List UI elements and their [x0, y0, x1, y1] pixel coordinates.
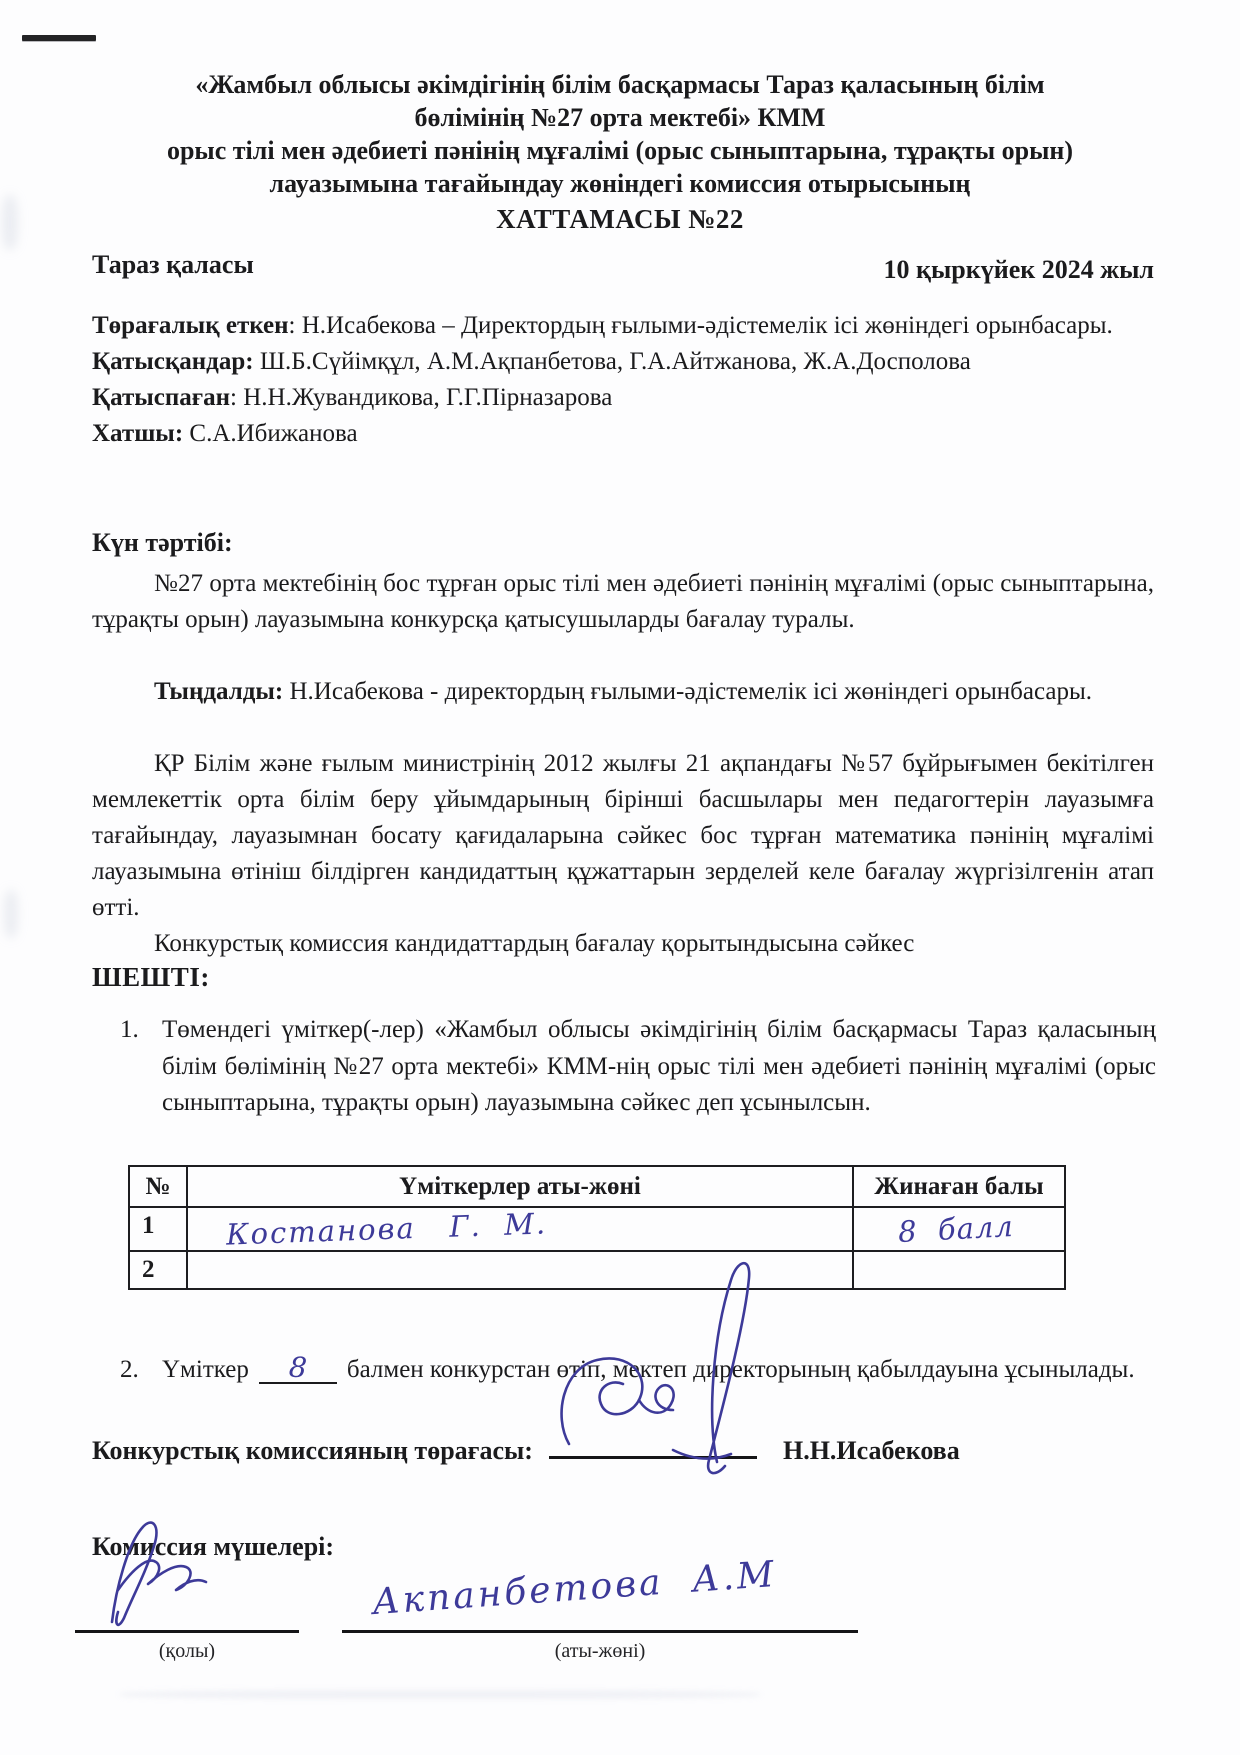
document-page: «Жамбыл облысы әкімдігінің білім басқарм…	[0, 0, 1240, 1755]
row-1-candidate-name: Костанова Г. М.	[187, 1207, 853, 1251]
heard-paragraph: Тыңдалды: Н.Исабекова - директордың ғылы…	[92, 674, 1154, 710]
handwritten-candidate-name: Костанова Г. М.	[226, 1206, 548, 1251]
chairperson-line: Төрағалық еткен: Н.Исабекова – Директорд…	[92, 308, 1154, 344]
scan-artifact-bar	[22, 35, 96, 41]
handwritten-score: 8 балл	[897, 1209, 1014, 1249]
absent-text: : Н.Н.Жувандикова, Г.Г.Пірназарова	[230, 384, 612, 411]
chairman-signature-ink	[555, 1248, 775, 1478]
attended-line: Қатысқандар: Ш.Б.Сүйімқұл, А.М.Ақпанбето…	[92, 344, 1154, 380]
item-2-number: 2.	[120, 1352, 139, 1389]
date-label: 10 қыркүйек 2024 жыл	[884, 255, 1154, 285]
agenda-heading: Күн тәртібі:	[92, 528, 233, 558]
header-cell-number: №	[129, 1166, 187, 1207]
body-paragraph: ҚР Білім және ғылым министрінің 2012 жыл…	[92, 746, 1154, 926]
table-row: 1 Костанова Г. М. 8 балл	[129, 1207, 1065, 1251]
place-date-row: Тараз қаласы 10 қыркүйек 2024 жыл	[92, 250, 1154, 285]
heard-label: Тыңдалды:	[154, 678, 283, 705]
chairman-name: Н.Н.Исабекова	[783, 1436, 960, 1465]
chairperson-text: : Н.Исабекова – Директордың ғылыми-әдіст…	[289, 312, 1113, 339]
decision-item-1: 1. Төмендегі үміткер(-лер) «Жамбыл облыс…	[120, 1012, 1156, 1122]
title-line-3: орыс тілі мен әдебиеті пәнінің мұғалімі …	[167, 136, 1073, 165]
row-2-score	[853, 1251, 1065, 1289]
chairperson-label: Төрағалық еткен	[92, 312, 289, 339]
chairman-signature-line	[549, 1426, 757, 1459]
row-1-number: 1	[129, 1207, 187, 1251]
decision-intro: Конкурстық комиссия кандидаттардың бағал…	[92, 926, 1154, 962]
header-cell-score: Жинаған балы	[853, 1166, 1065, 1207]
header-cell-name: Үміткерлер аты-жөні	[187, 1166, 853, 1207]
participants-block: Төрағалық еткен: Н.Исабекова – Директорд…	[92, 308, 1154, 452]
attended-label: Қатысқандар:	[92, 348, 254, 375]
heard-text: Н.Исабекова - директордың ғылыми-әдістем…	[283, 678, 1092, 705]
decision-heading: ШЕШТІ:	[92, 962, 210, 993]
row-2-number: 2	[129, 1251, 187, 1289]
attended-text: Ш.Б.Сүйімқұл, А.М.Ақпанбетова, Г.А.Айтжа…	[254, 348, 971, 375]
item-2-text-before: Үміткер	[162, 1356, 249, 1383]
absent-line: Қатыспаған: Н.Н.Жувандикова, Г.Г.Пірназа…	[92, 380, 1154, 416]
fullname-caption: (аты-жөні)	[342, 1640, 858, 1663]
chairman-signature-row: Конкурстық комиссияның төрағасы: Н.Н.Иса…	[92, 1426, 1154, 1466]
scan-ghost-mark	[120, 1690, 760, 1699]
secretary-label: Хатшы:	[92, 420, 183, 447]
scan-ghost-mark	[4, 890, 18, 938]
title-line-2: бөлімінің №27 орта мектебі» КММ	[415, 103, 826, 132]
absent-label: Қатыспаған	[92, 384, 230, 411]
signature-caption: (қолы)	[75, 1640, 299, 1663]
member-signature-line	[75, 1600, 299, 1633]
title-line-1: «Жамбыл облысы әкімдігінің білім басқарм…	[195, 70, 1044, 99]
city-label: Тараз қаласы	[92, 250, 254, 285]
table-header-row: № Үміткерлер аты-жөні Жинаған балы	[129, 1166, 1065, 1207]
title-line-4: лауазымына тағайындау жөніндегі комиссия…	[270, 169, 971, 198]
handwritten-blank-score: 8	[288, 1354, 308, 1381]
agenda-paragraph: №27 орта мектебінің бос тұрған орыс тілі…	[92, 566, 1154, 638]
secretary-line: Хатшы: С.А.Ибижанова	[92, 416, 1154, 452]
item-1-number: 1.	[120, 1012, 139, 1049]
secretary-text: С.А.Ибижанова	[183, 420, 357, 447]
document-title: «Жамбыл облысы әкімдігінің білім басқарм…	[100, 68, 1140, 236]
scan-ghost-mark	[2, 195, 18, 250]
row-1-score: 8 балл	[853, 1207, 1065, 1251]
score-blank-line: 8	[259, 1352, 337, 1384]
chairman-label: Конкурстық комиссияның төрағасы:	[92, 1436, 533, 1465]
item-1-text: Төмендегі үміткер(-лер) «Жамбыл облысы ә…	[162, 1012, 1156, 1122]
protocol-number: ХАТТАМАСЫ №22	[100, 203, 1140, 236]
